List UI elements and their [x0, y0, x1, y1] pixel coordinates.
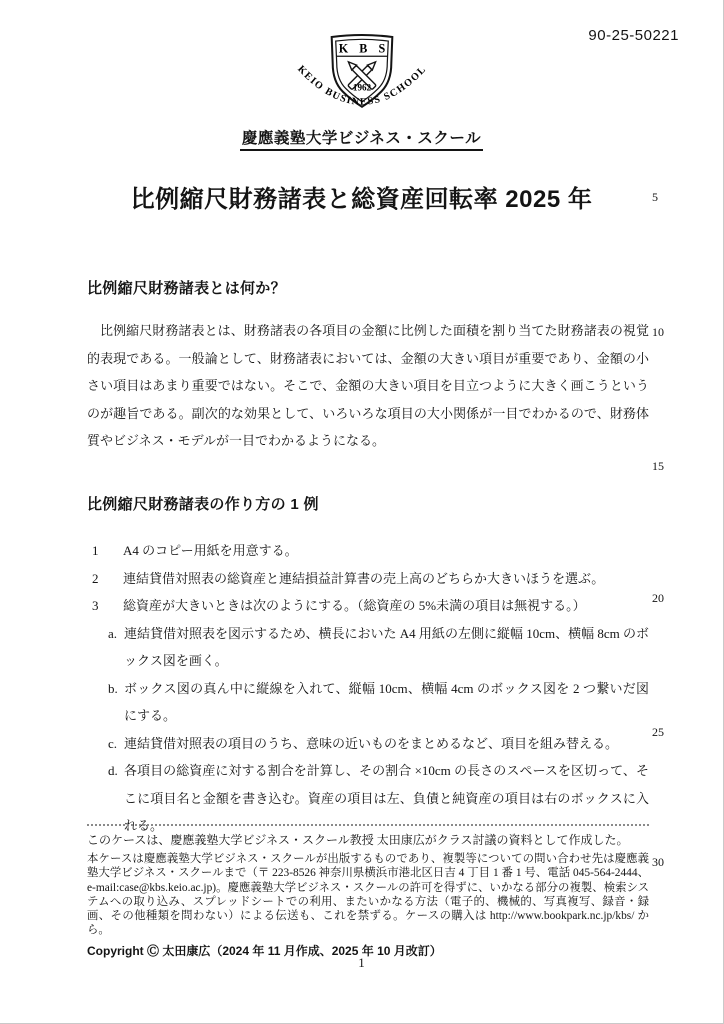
margin-line-number-5: 5	[652, 190, 682, 205]
margin-line-number-20: 20	[652, 591, 682, 606]
margin-line-number-25: 25	[652, 725, 682, 740]
howto-list: 1 A4 のコピー用紙を用意する。 2 連結貸借対照表の総資産と連結損益計算書の…	[87, 537, 649, 840]
subitem-text: ボックス図の真ん中に縦線を入れて、縦幅 10cm、横幅 4cm のボックス図を …	[124, 675, 649, 730]
footnote: このケースは、慶應義塾大学ビジネス・スクール教授 太田康広がクラス討議の資料とし…	[87, 831, 649, 959]
logo-kbs-text: K B S	[338, 42, 389, 56]
list-subitem: a. 連結貸借対照表を図示するため、横長においた A4 用紙の左側に縦幅 10c…	[108, 620, 649, 675]
subitem-letter: b.	[108, 675, 124, 730]
list-item-text: 連結貸借対照表の総資産と連結損益計算書の売上高のどちらか大きいほうを選ぶ。	[123, 565, 649, 593]
footnote-legal-text: 本ケースは慶應義塾大学ビジネス・スクールが出版するものであり、複製等についての問…	[87, 852, 649, 938]
section2-heading: 比例縮尺財務諸表の作り方の 1 例	[87, 493, 319, 514]
subitem-text: 各項目の総資産に対する割合を計算し、その割合 ×10cm の長さのスペースを区切…	[124, 757, 649, 840]
list-subitem: b. ボックス図の真ん中に縦線を入れて、縦幅 10cm、横幅 4cm のボックス…	[108, 675, 649, 730]
list-item-number: 1	[87, 537, 123, 565]
list-item-number: 2	[87, 565, 123, 593]
subitem-letter: c.	[108, 730, 124, 758]
subitem-text: 連結貸借対照表の項目のうち、意味の近いものをまとめるなど、項目を組み替える。	[124, 730, 649, 758]
kbs-shield-icon: K B S 1962 KEIO BUSINESS SCHOOL	[280, 33, 444, 129]
footnote-attribution: このケースは、慶應義塾大学ビジネス・スクール教授 太田康広がクラス討議の資料とし…	[87, 831, 649, 850]
school-name-row: 慶應義塾大学ビジネス・スクール	[0, 126, 723, 151]
footnote-separator	[87, 824, 649, 826]
section1-heading: 比例縮尺財務諸表とは何か？	[87, 277, 286, 298]
list-item: 1 A4 のコピー用紙を用意する。	[87, 537, 649, 565]
section1-paragraph: 比例縮尺財務諸表とは、財務諸表の各項目の金額に比例した面積を割り当てた財務諸表の…	[87, 317, 649, 455]
subitem-letter: a.	[108, 620, 124, 675]
list-item: 2 連結貸借対照表の総資産と連結損益計算書の売上高のどちらか大きいほうを選ぶ。	[87, 565, 649, 593]
list-item: 3 総資産が大きいときは次のようにする。（総資産の 5%未満の項目は無視する。）	[87, 592, 649, 620]
page-number: 1	[0, 955, 723, 971]
document-page: 90-25-50221 K B S 1962 KEIO BUSINESS SCH…	[0, 0, 724, 1024]
list-item-text: A4 のコピー用紙を用意する。	[123, 537, 649, 565]
list-subitem: c. 連結貸借対照表の項目のうち、意味の近いものをまとめるなど、項目を組み替える…	[108, 730, 649, 758]
kbs-logo: K B S 1962 KEIO BUSINESS SCHOOL	[280, 33, 444, 129]
list-item-text: 総資産が大きいときは次のようにする。（総資産の 5%未満の項目は無視する。）	[123, 592, 649, 620]
margin-line-number-15: 15	[652, 459, 682, 474]
list-item-number: 3	[87, 592, 123, 620]
margin-line-number-10: 10	[652, 325, 682, 340]
subitem-text: 連結貸借対照表を図示するため、横長においた A4 用紙の左側に縦幅 10cm、横…	[124, 620, 649, 675]
subitem-letter: d.	[108, 757, 124, 840]
list-subitem: d. 各項目の総資産に対する割合を計算し、その割合 ×10cm の長さのスペース…	[108, 757, 649, 840]
document-title: 比例縮尺財務諸表と総資産回転率 2025 年	[0, 179, 723, 214]
logo-year-text: 1962	[352, 83, 371, 93]
school-name: 慶應義塾大学ビジネス・スクール	[240, 126, 483, 151]
margin-line-number-30: 30	[652, 855, 682, 870]
